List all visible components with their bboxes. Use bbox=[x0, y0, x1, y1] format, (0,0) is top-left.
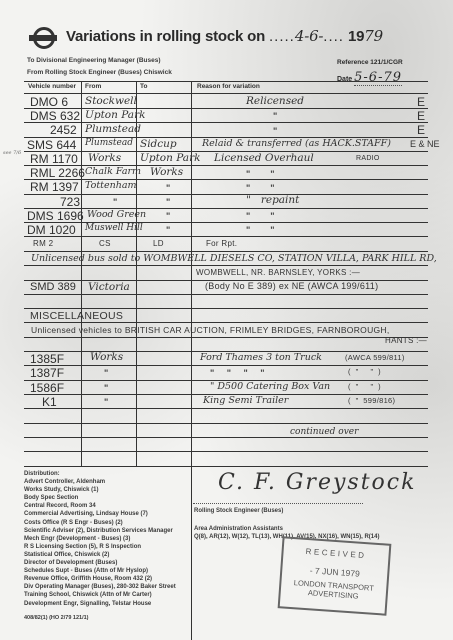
row-line bbox=[24, 194, 428, 195]
reason-cell: King Semi Trailer bbox=[203, 395, 288, 406]
reason-cell: Licensed Overhaul bbox=[214, 152, 314, 164]
vehicle-number: RM 2 bbox=[33, 239, 53, 248]
title-year: 79 bbox=[364, 27, 383, 45]
to-cell: Upton Park bbox=[140, 152, 200, 164]
signature: C. F. Greystock bbox=[218, 470, 416, 495]
misc-heading: MISCELLANEOUS bbox=[30, 310, 123, 322]
reason-cell: " bbox=[273, 126, 277, 136]
reason-cell: Relicensed bbox=[246, 95, 304, 107]
vehicle-number: DM 1020 bbox=[27, 223, 76, 237]
distribution-item: Director of Development (Buses) bbox=[24, 559, 176, 567]
reason-cell: Relaid & transferred (as HACK.STAFF) bbox=[202, 138, 391, 149]
misc-line-1: Unlicensed vehicles to BRITISH CAR AUCTI… bbox=[31, 325, 390, 335]
sold-line-1: Unlicensed bus sold to WOMBWELL DIESELS … bbox=[31, 253, 437, 264]
row-line bbox=[24, 423, 428, 424]
from-cell: Stockwell bbox=[85, 95, 137, 107]
from-cell: Plumstead bbox=[85, 138, 133, 148]
received-stamp: RECEIVED - 7 JUN 1979 LONDON TRANSPORT A… bbox=[278, 536, 392, 615]
distribution-item: Scientific Adviser (2), Distribution Ser… bbox=[24, 527, 176, 535]
to-cell: " bbox=[166, 183, 170, 193]
row-line bbox=[24, 337, 428, 338]
reason-cell: " D500 Catering Box Van bbox=[210, 381, 330, 392]
title-dots: .... bbox=[323, 28, 344, 45]
distribution-item: Advert Controller, Aldenham bbox=[24, 478, 176, 486]
signature-line bbox=[193, 503, 363, 504]
from-line: From Rolling Stock Engineer (Buses) Chis… bbox=[27, 69, 172, 76]
vehicle-number: 723 bbox=[60, 195, 80, 209]
distribution-item: Costs Office (R S Engr - Buses) (2) bbox=[24, 519, 176, 527]
distribution-item: Commercial Advertising, Lindsay House (7… bbox=[24, 510, 176, 518]
distribution-heading: Distribution: bbox=[24, 470, 176, 478]
reason-cell: " bbox=[273, 111, 277, 121]
ref-cell: ( " " ) bbox=[348, 382, 381, 391]
to-cell: " bbox=[166, 197, 170, 207]
code-cell: E & NE bbox=[410, 139, 440, 149]
distribution-item: Development Engr, Signalling, Telstar Ho… bbox=[24, 600, 176, 608]
distribution-item: Div Operating Manager (Buses), 280-302 B… bbox=[24, 583, 176, 591]
vehicle-number: K1 bbox=[42, 395, 57, 409]
title-date: 4-6- bbox=[295, 27, 323, 45]
reference: Reference 121/1/CGR bbox=[337, 59, 403, 66]
row-line bbox=[24, 294, 428, 295]
to-cell: " bbox=[166, 225, 170, 235]
distribution-list: Distribution: Advert Controller, Aldenha… bbox=[24, 470, 176, 622]
reason-cell: " " bbox=[246, 225, 275, 235]
from-cell: Works bbox=[90, 351, 123, 363]
date-field: Date 5-6-79 bbox=[337, 70, 402, 85]
vehicle-number: 1387F bbox=[30, 366, 64, 380]
vehicle-number: DMS 632 bbox=[30, 109, 80, 123]
reason-cell: Ford Thames 3 ton Truck bbox=[200, 352, 322, 363]
reason-cell: " " " " bbox=[210, 368, 265, 378]
code-cell: E bbox=[417, 123, 425, 137]
vehicle-number: DMS 1696 bbox=[27, 209, 84, 223]
to-cell: " bbox=[166, 211, 170, 221]
to-cell: LD bbox=[153, 239, 164, 248]
header-from: From bbox=[85, 83, 101, 90]
vehicle-number: 1385F bbox=[30, 352, 64, 366]
reason-cell: " " bbox=[246, 183, 275, 193]
row-line bbox=[24, 208, 428, 209]
sold-line-2: WOMBWELL, NR. BARNSLEY, YORKS :— bbox=[196, 268, 360, 277]
vehicle-number: RML 2266 bbox=[30, 166, 85, 180]
row-line bbox=[24, 466, 428, 467]
distribution-item: Works Study, Chiswick (1) bbox=[24, 486, 176, 494]
from-cell: Tottenham bbox=[85, 180, 137, 191]
to-line: To Divisional Engineering Manager (Buses… bbox=[27, 57, 161, 64]
from-cell: " bbox=[104, 368, 108, 378]
distribution-item: Training School, Chiswick (Attn of Mr Ca… bbox=[24, 591, 176, 599]
distribution-item: Mech Engr (Development - Buses) (3) bbox=[24, 535, 176, 543]
header-to: To bbox=[140, 83, 147, 90]
vehicle-number: RM 1170 bbox=[30, 152, 78, 166]
from-cell: " bbox=[104, 383, 108, 393]
margin-note: see 7/6 bbox=[3, 150, 21, 156]
to-cell: Sidcup bbox=[140, 138, 177, 150]
row-line bbox=[24, 451, 428, 452]
from-cell: CS bbox=[99, 239, 111, 248]
vehicle-number: 2452 bbox=[50, 123, 77, 137]
document-page: Variations in rolling stock on .....4-6-… bbox=[0, 0, 453, 640]
row-line bbox=[24, 265, 428, 266]
header-vehicle-number: Vehicle number bbox=[28, 83, 76, 90]
form-code: 408/82(1) (HO 2/79 121/1) bbox=[24, 614, 176, 622]
misc-line-2: HANTS :— bbox=[385, 336, 427, 345]
from-cell: Works bbox=[88, 152, 121, 164]
from-cell: Muswell Hill bbox=[85, 223, 143, 233]
title-text: Variations in rolling stock on bbox=[66, 28, 265, 45]
distribution-item: Central Record, Room 34 bbox=[24, 502, 176, 510]
distribution-item: R S Licensing Section (5), R S Inspectio… bbox=[24, 543, 176, 551]
code-cell: E bbox=[417, 95, 425, 109]
distribution-item: Statistical Office, Chiswick (2) bbox=[24, 551, 176, 559]
stamp-received: RECEIVED bbox=[283, 545, 388, 561]
continued-over-note: continued over bbox=[290, 427, 358, 437]
from-cell: " bbox=[113, 197, 117, 207]
vehicle-number: DMO 6 bbox=[30, 95, 68, 109]
ref-cell: ( " 599/816) bbox=[348, 396, 395, 405]
distribution-item: Body Spec Section bbox=[24, 494, 176, 502]
from-cell: Upton Park bbox=[85, 109, 145, 121]
vehicle-number: SMD 389 bbox=[30, 281, 76, 293]
reason-cell: " " bbox=[246, 169, 275, 179]
vehicle-number: SMS 644 bbox=[27, 138, 76, 152]
distribution-item: Revenue Office, Griffith House, Room 432… bbox=[24, 575, 176, 583]
area-admin-heading: Area Administration Assistants bbox=[194, 526, 283, 532]
to-cell: Works bbox=[150, 166, 183, 178]
code-cell: E bbox=[417, 109, 425, 123]
ref-cell: (AWCA 599/811) bbox=[345, 353, 405, 362]
row-line bbox=[24, 408, 428, 409]
row-line bbox=[24, 322, 428, 323]
row-line bbox=[24, 437, 428, 438]
from-cell: " bbox=[104, 397, 108, 407]
from-cell: Victoria bbox=[88, 281, 130, 293]
vehicle-number: 1586F bbox=[30, 381, 64, 395]
reason-cell: For Rpt. bbox=[206, 239, 237, 248]
ref-cell: ( " " ) bbox=[348, 367, 381, 376]
reason-cell: (Body No E 389) ex NE (AWCA 199/611) bbox=[205, 281, 378, 291]
reason-cell: " " bbox=[246, 211, 275, 221]
header-reason: Reason for variation bbox=[197, 83, 260, 90]
date-value: 5-6-79 bbox=[354, 70, 402, 86]
from-cell: Wood Green bbox=[87, 209, 146, 220]
from-cell: Chalk Farm bbox=[85, 166, 141, 177]
from-cell: Plumstead bbox=[85, 123, 141, 135]
london-transport-roundel-icon bbox=[29, 27, 57, 49]
title-dots: ..... bbox=[269, 28, 295, 45]
radio-note: RADIO bbox=[356, 155, 380, 162]
form-title: Variations in rolling stock on .....4-6-… bbox=[66, 27, 383, 45]
vehicle-number: RM 1397 bbox=[30, 180, 79, 194]
title-year-prefix: 19 bbox=[348, 28, 364, 45]
reason-cell: " repaint bbox=[246, 194, 299, 206]
signatory-title: Rolling Stock Engineer (Buses) bbox=[194, 508, 283, 514]
distribution-item: Schedules Supt - Buses (Attn of Mr Hyslo… bbox=[24, 567, 176, 575]
row-line bbox=[24, 236, 428, 237]
